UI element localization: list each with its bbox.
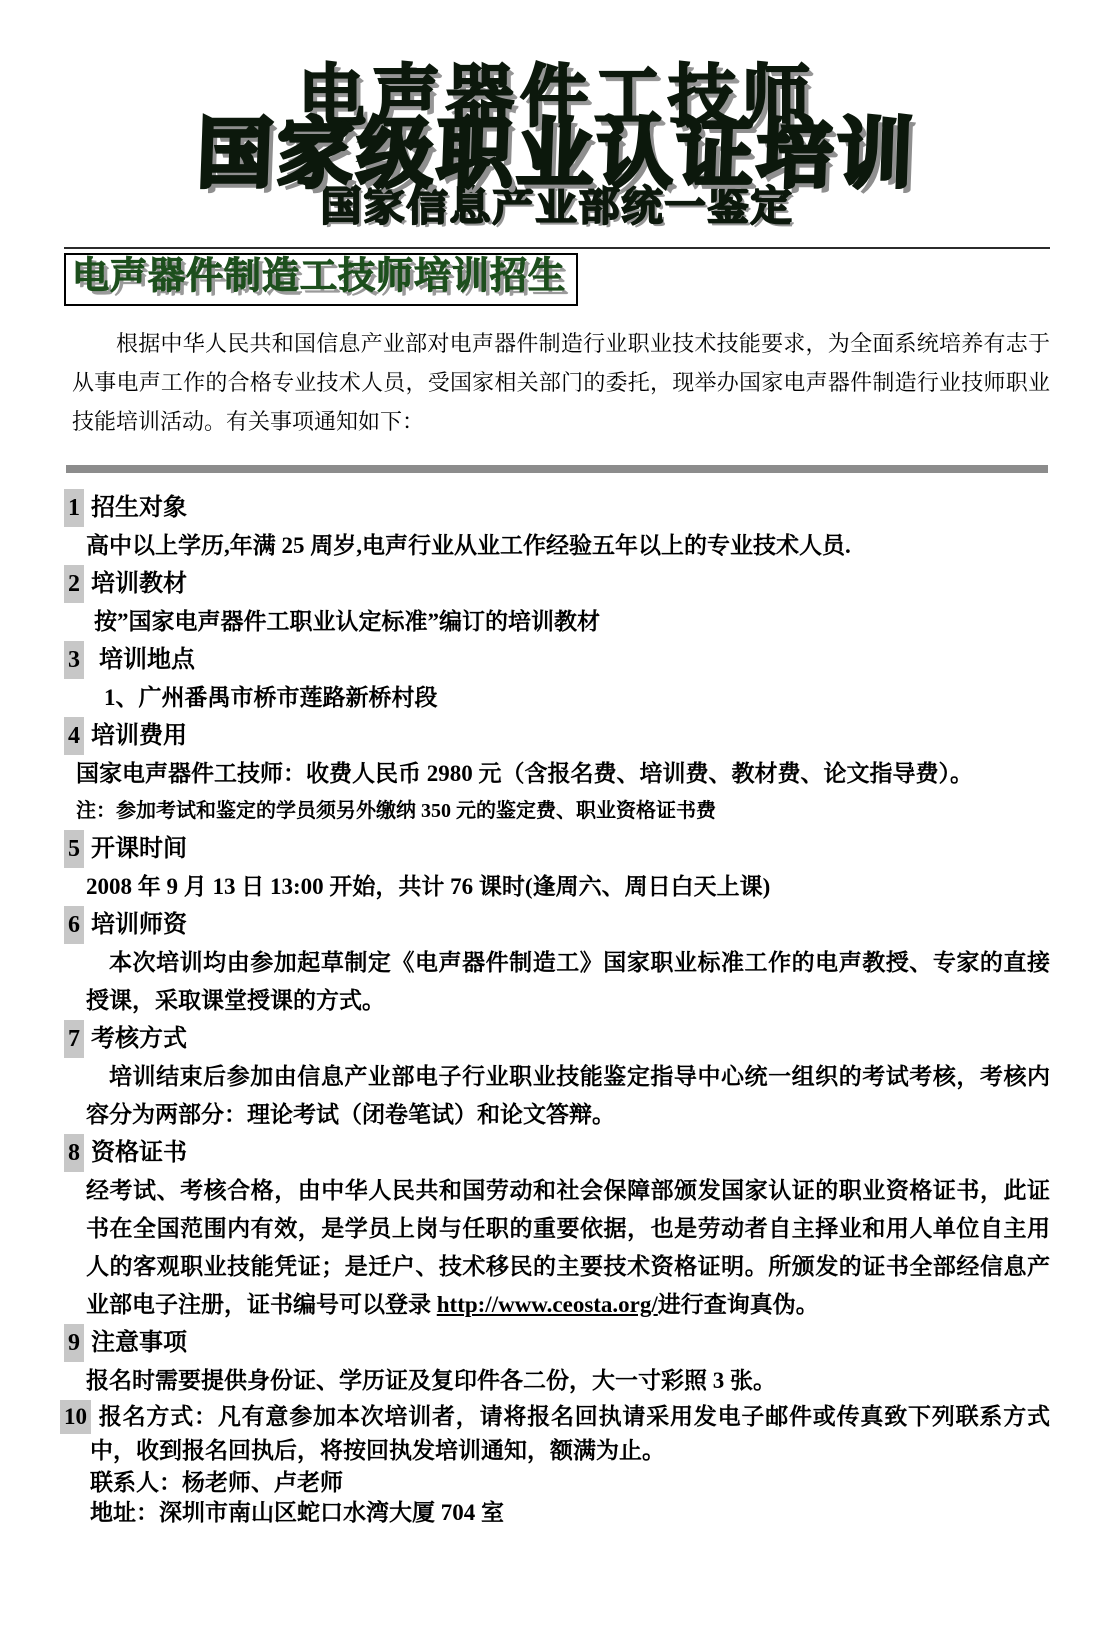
section-title: 考核方式 [91,1026,187,1052]
section-start-time: 5开课时间 2008 年 9 月 13 日 13:00 开始，共计 76 课时(… [64,830,1050,906]
section-number: 9 [64,1324,84,1362]
section-notes: 9注意事项 报名时需要提供身份证、学历证及复印件各二份，大一寸彩照 3 张。 [64,1324,1050,1400]
section-body: 国家电声器件工技师：收费人民币 2980 元（含报名费、培训费、教材费、论文指导… [76,755,1050,793]
section-body: 1、广州番禺市桥市莲路新桥村段 [104,679,1050,717]
section-body: 经考试、考核合格，由中华人民共和国劳动和社会保障部颁发国家认证的职业资格证书，此… [86,1172,1050,1324]
section-title: 招生对象 [91,495,187,521]
section-header: 5开课时间 [64,830,1050,868]
section-title: 培训费用 [91,723,187,749]
section-header: 1招生对象 [64,489,1050,527]
horizontal-rule [64,247,1050,249]
section-body: 培训结束后参加由信息产业部电子行业职业技能鉴定指导中心统一组织的考试考核，考核内… [86,1058,1050,1134]
section-title: 报名方式： [98,1404,218,1429]
document-page: 电声器件工技师 国家级职业认证培训 国家信息产业部统一鉴定 电声器件制造工技师培… [0,0,1118,1588]
banner-title: 电声器件制造工技师培训招生 [72,254,566,297]
section-registration: 10报名方式：凡有意参加本次培训者，请将报名回执请采用发电子邮件或传真致下列联系… [64,1400,1050,1528]
section-certificate: 8资格证书 经考试、考核合格，由中华人民共和国劳动和社会保障部颁发国家认证的职业… [64,1134,1050,1324]
registration-paragraph: 10报名方式：凡有意参加本次培训者，请将报名回执请采用发电子邮件或传真致下列联系… [90,1400,1050,1468]
section-number: 10 [60,1400,91,1434]
section-header: 6培训师资 [64,906,1050,944]
banner-box: 电声器件制造工技师培训招生 [64,253,578,306]
section-divider-bar [66,465,1048,473]
section-title: 资格证书 [91,1140,187,1166]
section-number: 7 [64,1020,84,1058]
section-title: 培训师资 [91,912,187,938]
section-body: 2008 年 9 月 13 日 13:00 开始，共计 76 课时(逢周六、周日… [86,868,1050,906]
contact-person-line: 联系人：杨老师、卢老师 [90,1468,1050,1498]
section-enrollment-target: 1招生对象 高中以上学历,年满 25 周岁,电声行业从业工作经验五年以上的专业技… [64,489,1050,565]
section-training-location: 3培训地点 1、广州番禺市桥市莲路新桥村段 [64,641,1050,717]
section-body: 按”国家电声器件工职业认定标准”编订的培训教材 [94,603,1050,641]
section-training-materials: 2培训教材 按”国家电声器件工职业认定标准”编订的培训教材 [64,565,1050,641]
section-header: 7考核方式 [64,1020,1050,1058]
section-number: 6 [64,906,84,944]
section-header: 9注意事项 [64,1324,1050,1362]
section-title: 开课时间 [91,836,187,862]
fee-note: 注：参加考试和鉴定的学员须另外缴纳 350 元的鉴定费、职业资格证书费 [76,793,1050,830]
section-number: 4 [64,717,84,755]
poster-header: 电声器件工技师 国家级职业认证培训 国家信息产业部统一鉴定 [64,64,1050,227]
section-assessment-method: 7考核方式 培训结束后参加由信息产业部电子行业职业技能鉴定指导中心统一组织的考试… [64,1020,1050,1134]
section-body: 高中以上学历,年满 25 周岁,电声行业从业工作经验五年以上的专业技术人员. [86,527,1050,565]
registration-body: 凡有意参加本次培训者，请将报名回执请采用发电子邮件或传真致下列联系方式中，收到报… [90,1404,1050,1463]
address-line: 地址：深圳市南山区蛇口水湾大厦 704 室 [90,1498,1050,1528]
section-number: 8 [64,1134,84,1172]
section-header: 2培训教材 [64,565,1050,603]
section-title: 培训地点 [99,647,195,673]
section-number: 1 [64,489,84,527]
section-header: 4培训费用 [64,717,1050,755]
section-body: 本次培训均由参加起草制定《电声器件制造工》国家职业标准工作的电声教授、专家的直接… [86,944,1050,1020]
section-body: 报名时需要提供身份证、学历证及复印件各二份，大一寸彩照 3 张。 [86,1362,1050,1400]
section-title: 培训教材 [91,571,187,597]
section-number: 3 [64,641,84,679]
section-header: 3培训地点 [64,641,1050,679]
section-number: 2 [64,565,84,603]
section-training-fee: 4培训费用 国家电声器件工技师：收费人民币 2980 元（含报名费、培训费、教材… [64,717,1050,830]
intro-paragraph: 根据中华人民共和国信息产业部对电声器件制造行业职业技术技能要求，为全面系统培养有… [72,324,1050,441]
section-number: 5 [64,830,84,868]
section-header: 8资格证书 [64,1134,1050,1172]
section-title: 注意事项 [91,1330,187,1356]
verification-url-link[interactable]: http://www.ceosta.org/ [437,1292,658,1317]
certificate-text-after-url: 进行查询真伪。 [658,1292,819,1317]
poster-title-line2: 国家级职业认证培训 [63,116,1052,192]
section-faculty: 6培训师资 本次培训均由参加起草制定《电声器件制造工》国家职业标准工作的电声教授… [64,906,1050,1020]
